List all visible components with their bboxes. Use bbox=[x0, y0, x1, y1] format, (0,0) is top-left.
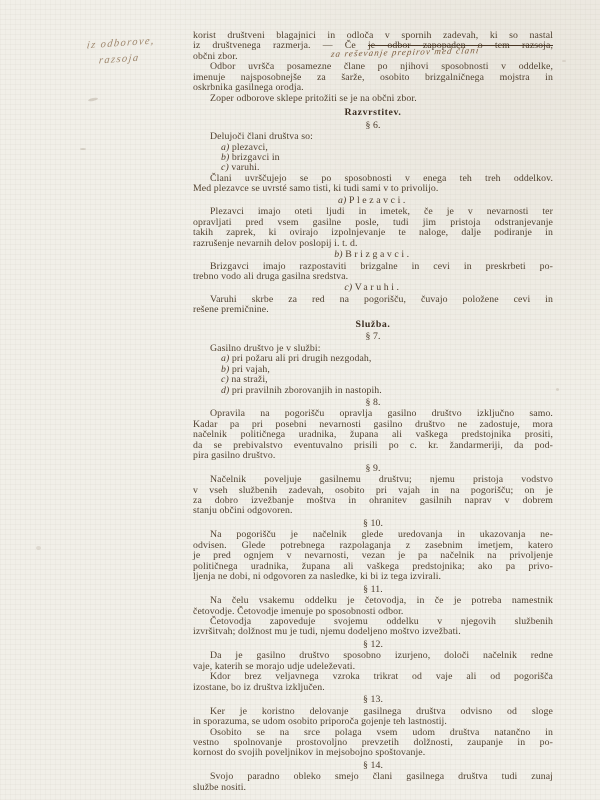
margin-note: iz odborove, razsoja bbox=[48, 31, 191, 73]
text-line: Delujoči člani društva so: bbox=[193, 132, 553, 142]
paper-smudge bbox=[556, 388, 559, 391]
list-item: c) na straži, bbox=[193, 375, 553, 385]
paragraph-mark: § 12. bbox=[193, 640, 553, 650]
text-line: pira gasilno društvo. bbox=[193, 451, 553, 461]
text-line: Načelnik poveljuje gasilnemu društvu; nj… bbox=[193, 475, 553, 485]
paragraph-mark: § 6. bbox=[193, 121, 553, 131]
list-letter: c) bbox=[221, 374, 229, 385]
list-letter: c) bbox=[221, 162, 229, 173]
list-letter: a) bbox=[221, 142, 229, 153]
list-letter: c) bbox=[344, 282, 354, 293]
text-line: ljenja ne dobi, ni odgovoren za nasledke… bbox=[193, 572, 553, 582]
text-line: Zoper odborove sklepe pritožiti se je na… bbox=[193, 94, 553, 104]
list-letter: b) bbox=[334, 249, 345, 260]
list-letter: a) bbox=[338, 195, 349, 206]
paragraph-mark: § 7. bbox=[193, 332, 553, 342]
text-line: rešene premičnine. bbox=[193, 305, 553, 315]
list-letter: b) bbox=[221, 152, 229, 163]
text-line: Svojo paradno obleko smejo člani gasilne… bbox=[193, 772, 553, 782]
text-column: korist društveni blagajnici in odloča v … bbox=[193, 31, 553, 793]
section-heading: Služba. bbox=[193, 320, 553, 330]
list-item: d) pri pravilnih zborovanjih in nastopih… bbox=[193, 386, 553, 396]
paragraph-mark: § 11. bbox=[193, 585, 553, 595]
paragraph-mark: § 8. bbox=[193, 398, 553, 408]
text-line: kornost do svojih poveljnikov in mejsobo… bbox=[193, 748, 553, 758]
text-line: in sporazuma, se udom osobito priporoča … bbox=[193, 717, 553, 727]
paragraph-mark: § 10. bbox=[193, 519, 553, 529]
paragraph-mark: § 9. bbox=[193, 464, 553, 474]
text-line: razrušenje nevarnih delov poslopij i. t.… bbox=[193, 239, 553, 249]
paragraph-mark: § 13. bbox=[193, 695, 553, 705]
text-line: izvršitvah; dolžnost mu je tudi, njemu d… bbox=[193, 627, 553, 637]
document-page: iz odborove, razsoja korist društveni bl… bbox=[0, 0, 600, 800]
text-line: izostane, bo iz društva izključen. bbox=[193, 683, 553, 693]
list-letter: a) bbox=[221, 353, 229, 364]
subsection-heading: b) Brizgavci. bbox=[193, 250, 553, 260]
paper-smudge bbox=[562, 60, 566, 62]
list-letter: d) bbox=[221, 385, 229, 396]
paper-smudge bbox=[80, 148, 86, 150]
text-line: stanju občini odgovoren. bbox=[193, 506, 553, 516]
text-line: iz društvenega razmerja. — Če je odbor z… bbox=[193, 41, 553, 51]
paper-smudge bbox=[36, 546, 41, 550]
paragraph-mark: § 14. bbox=[193, 761, 553, 771]
text-line: Med plezavce se uvrsté samo tisti, ki tu… bbox=[193, 184, 553, 194]
subsection-heading: c) Varuhi. bbox=[193, 283, 553, 293]
text-line: Na čelu vsakemu oddelku je četovodja, in… bbox=[193, 596, 553, 606]
subsection-heading: a) Plezavci. bbox=[193, 196, 553, 206]
list-letter: b) bbox=[221, 364, 229, 375]
paper-smudge bbox=[88, 97, 98, 102]
text-line: službe nositi. bbox=[193, 783, 553, 793]
text-line: trebno vodo ali druga gasilna sredstva. bbox=[193, 272, 553, 282]
section-heading: Razvrstitev. bbox=[193, 108, 553, 118]
